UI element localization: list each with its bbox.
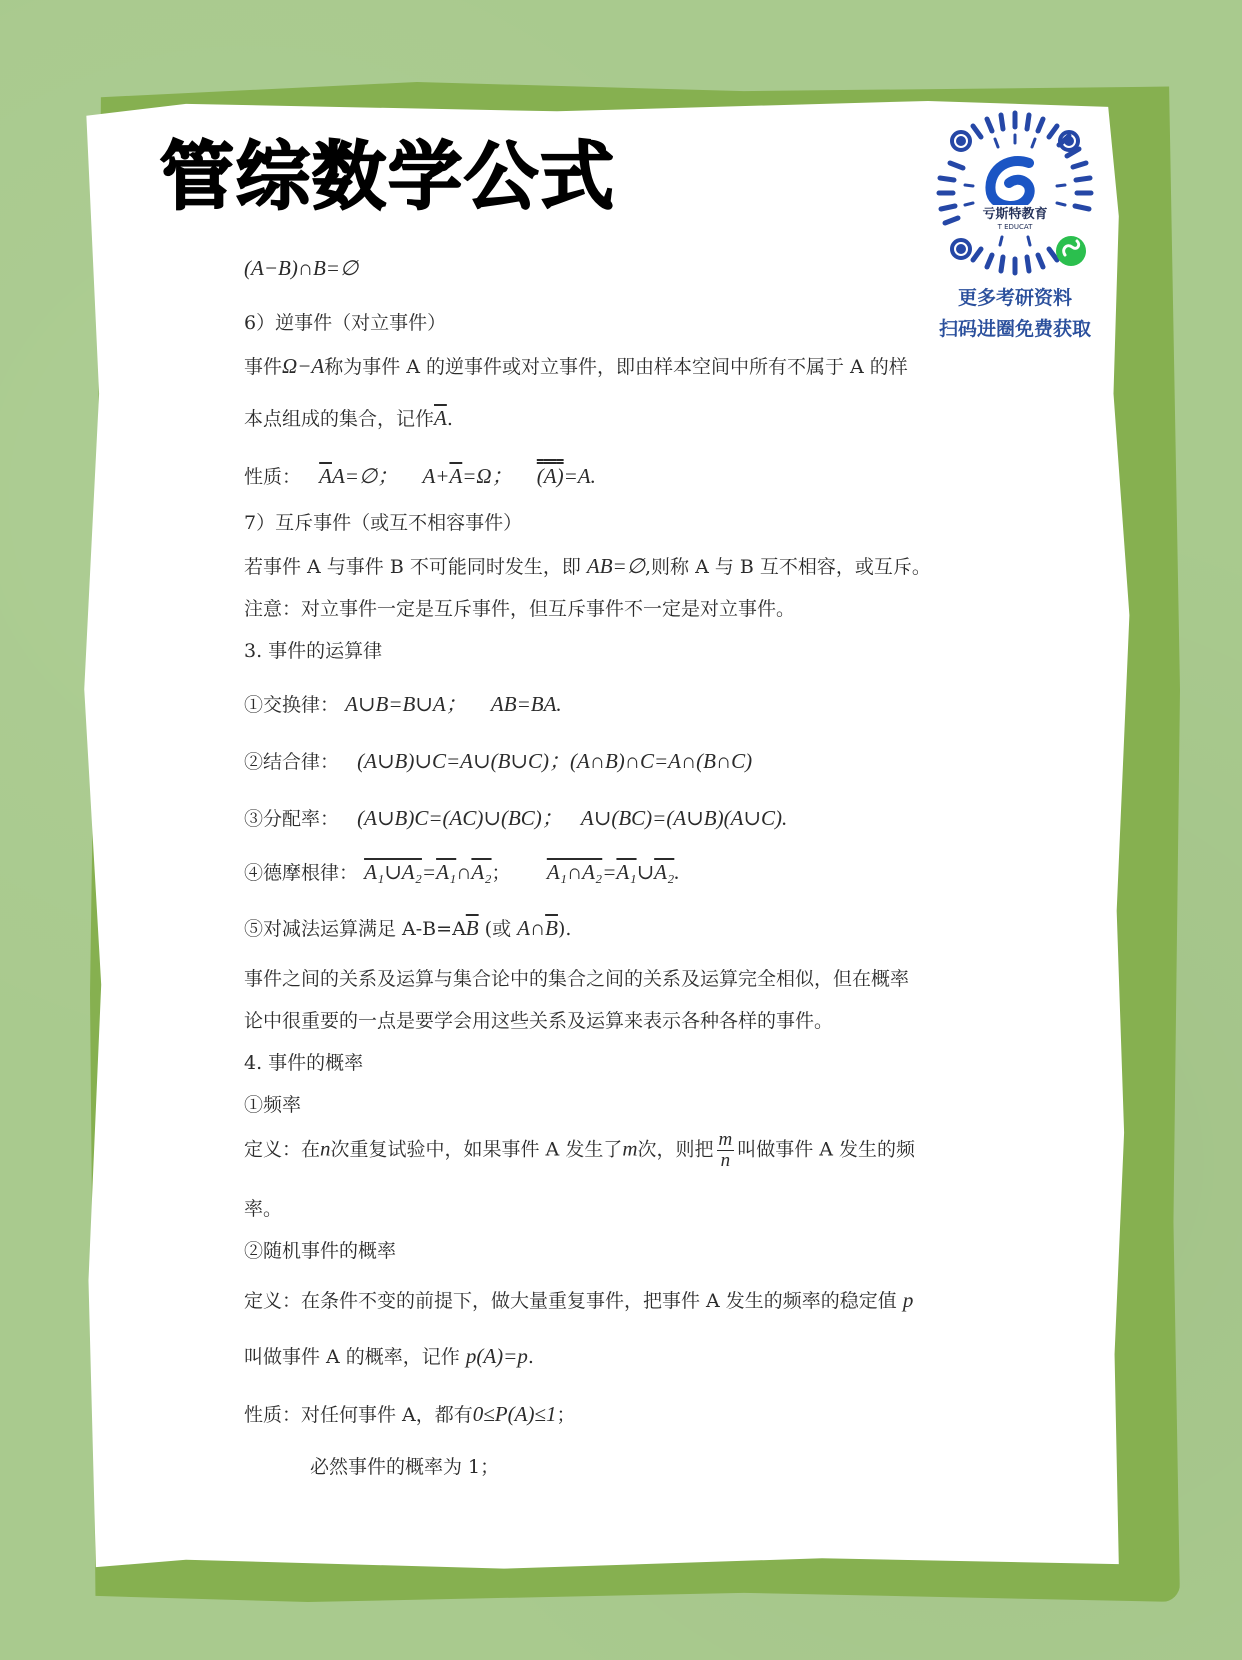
fraction-m-over-n: mn (717, 1130, 735, 1171)
paragraph-line: 事件之间的关系及运算与集合论中的集合之间的关系及运算完全相似，但在概率 (244, 964, 909, 991)
subsection-heading: ②随机事件的概率 (244, 1236, 396, 1263)
paragraph-line: 事件Ω−A称为事件 A 的逆事件或对立事件，即由样本空间中所有不属于 A 的样 (244, 352, 908, 379)
qr-caption-line2: 扫码进圈免费获取 (920, 314, 1110, 345)
definition-line: 定义：在条件不变的前提下，做大量重复事件，把事件 A 发生的频率的稳定值 p (244, 1286, 913, 1313)
property-line: 性质： AA=∅； A+A=Ω； (A)=A. (244, 460, 596, 490)
paragraph-line: 率。 (244, 1194, 282, 1221)
law-subtraction: ⑤对减法运算满足 A-B=AB (或 A∩B). (244, 914, 571, 941)
qr-caption-line1: 更多考研资料 (920, 283, 1110, 314)
subsection-heading: ①频率 (244, 1090, 301, 1117)
paragraph-line: 本点组成的集合，记作A. (244, 404, 453, 431)
property-line: 性质：对任何事件 A，都有0≤P(A)≤1； (244, 1400, 575, 1427)
section-heading: 6）逆事件（对立事件） (244, 308, 446, 335)
mini-program-qr-code-icon[interactable]: 亏斯特教育 T EDUCAT (925, 105, 1105, 285)
paragraph-line: 叫做事件 A 的概率，记作 p(A)=p. (244, 1342, 534, 1369)
law-associative: ②结合律： (A∪B)∪C=A∪(B∪C)；(A∩B)∩C=A∩(B∩C) (244, 745, 752, 775)
section-heading: 4. 事件的概率 (244, 1048, 363, 1075)
qr-brand-en-text: T EDUCAT (997, 223, 1034, 231)
law-distributive: ③分配率： (A∪B)C=(AC)∪(BC)； A∪(BC)=(A∪B)(A∪C… (244, 802, 787, 832)
paragraph-line: 若事件 A 与事件 B 不可能同时发生，即 AB=∅,则称 A 与 B 互不相容… (244, 552, 931, 579)
note-line: 注意：对立事件一定是互斥事件，但互斥事件不一定是对立事件。 (244, 594, 795, 621)
qr-code-graphic: 亏斯特教育 T EDUCAT (925, 105, 1105, 285)
definition-line: 定义：在n次重复试验中，如果事件 A 发生了m次，则把mn叫做事件 A 发生的频 (244, 1130, 915, 1171)
section-heading: 3. 事件的运算律 (244, 636, 382, 663)
paragraph-line: 论中很重要的一点是要学会用这些关系及运算来表示各种各样的事件。 (244, 1006, 833, 1033)
property-line: 必然事件的概率为 1； (244, 1452, 499, 1479)
page-title: 管综数学公式 (160, 140, 616, 214)
law-commutative: ①交换律： A∪B=B∪A； AB=BA. (244, 688, 562, 718)
law-de-morgan: ④德摩根律： A₁∪A₂=A₁∩A₂； A₁∩A₂=A₁∪A₂. (244, 858, 680, 885)
qr-caption: 更多考研资料 扫码进圈免费获取 (920, 283, 1110, 345)
formula-line: (A−B)∩B=∅ (244, 256, 358, 281)
qr-brand-text: 亏斯特教育 (982, 206, 1047, 222)
section-heading: 7）互斥事件（或互不相容事件） (244, 508, 522, 535)
